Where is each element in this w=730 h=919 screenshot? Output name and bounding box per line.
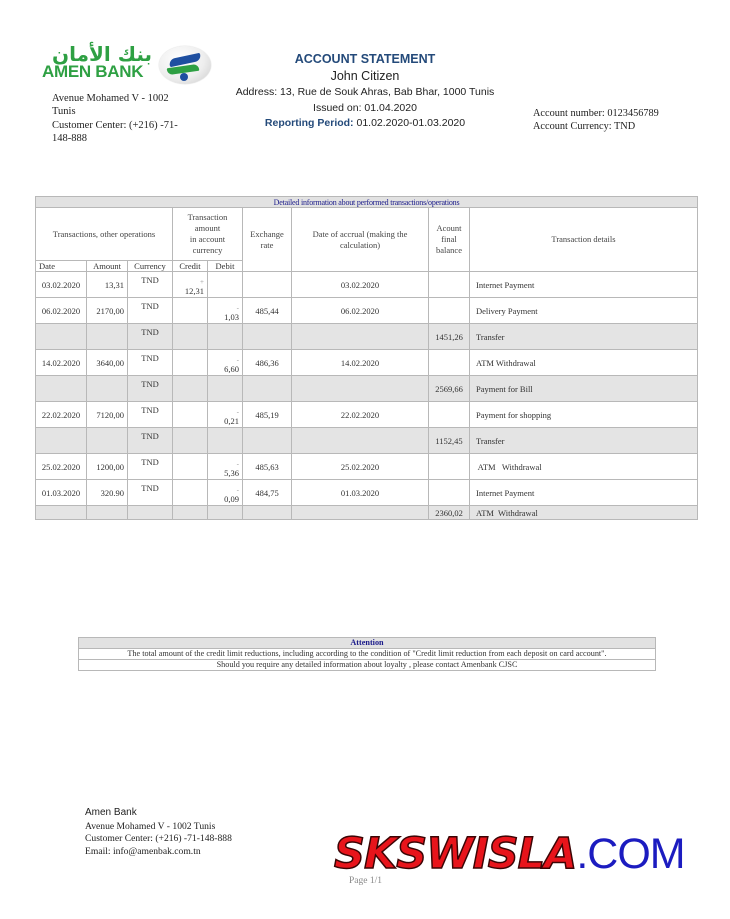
- cell-credit: [173, 298, 208, 324]
- cell-currency: TND: [128, 376, 173, 402]
- cell-accrual-date: [292, 428, 429, 454]
- cell-balance: [429, 298, 470, 324]
- header-text: amount: [176, 223, 239, 234]
- cell-credit: [173, 506, 208, 520]
- cell-date: [36, 324, 87, 350]
- cell-details: Internet Payment: [470, 272, 698, 298]
- footer-contact: Amen Bank Avenue Mohamed V - 1002 Tunis …: [85, 807, 232, 858]
- cell-currency: [128, 506, 173, 520]
- cell-exchange-rate: 485,19: [243, 402, 292, 428]
- customer-name: John Citizen: [230, 67, 500, 85]
- cell-currency: TND: [128, 428, 173, 454]
- cell-details: ATM Withdrawal: [470, 506, 698, 520]
- header-text: Acount: [432, 223, 466, 234]
- debit-sign: -: [211, 356, 239, 364]
- reporting-period-value: 01.02.2020-01.03.2020: [356, 117, 465, 129]
- cell-debit: -1,03: [208, 298, 243, 324]
- table-row: 06.02.20202170,00TND-1,03485,4406.02.202…: [36, 298, 698, 324]
- table-row: 22.02.20207120,00TND-0,21485,1922.02.202…: [36, 402, 698, 428]
- bank-address-line: 148-888: [52, 132, 187, 145]
- header-text: currency: [176, 245, 239, 256]
- table-row: 2360,02ATM Withdrawal: [36, 506, 698, 520]
- cell-currency: TND: [128, 480, 173, 506]
- bank-address-line: Avenue Mohamed V - 1002: [52, 92, 187, 105]
- footer-email: Email: info@amenbak.com.tn: [85, 846, 232, 859]
- cell-currency: TND: [128, 324, 173, 350]
- header-text: Transaction: [176, 212, 239, 223]
- cell-credit: [173, 350, 208, 376]
- cell-credit: [173, 480, 208, 506]
- account-currency: Account Currency: TND: [533, 120, 659, 133]
- cell-date: [36, 506, 87, 520]
- cell-credit: [173, 428, 208, 454]
- header-text: Date of accrual (making the: [295, 229, 425, 240]
- cell-amount: [87, 324, 128, 350]
- cell-details: ATM Withdrawal: [470, 350, 698, 376]
- table-row: 25.02.20201200,00TND-5,36485,6325.02.202…: [36, 454, 698, 480]
- watermark: SKSWISLA.COM: [334, 828, 685, 880]
- attention-title: Attention: [79, 638, 656, 649]
- header-transactions: Transactions, other operations: [36, 208, 173, 261]
- cell-balance: [429, 480, 470, 506]
- cell-date: 01.03.2020: [36, 480, 87, 506]
- credit-value: 12,31: [185, 286, 204, 296]
- header-currency: Currency: [128, 261, 173, 272]
- watermark-domain: .COM: [576, 830, 684, 878]
- cell-date: [36, 376, 87, 402]
- cell-debit: -6,60: [208, 350, 243, 376]
- cell-amount: 2170,00: [87, 298, 128, 324]
- table-row: TND2569,66Payment for Bill: [36, 376, 698, 402]
- table-row: TND1451,26Transfer: [36, 324, 698, 350]
- cell-date: 03.02.2020: [36, 272, 87, 298]
- debit-value: 6,60: [224, 364, 239, 374]
- cell-accrual-date: 06.02.2020: [292, 298, 429, 324]
- cell-accrual-date: 03.02.2020: [292, 272, 429, 298]
- cell-exchange-rate: 486,36: [243, 350, 292, 376]
- cell-currency: TND: [128, 402, 173, 428]
- cell-details: ATM Withdrawal: [470, 454, 698, 480]
- cell-accrual-date: 01.03.2020: [292, 480, 429, 506]
- cell-exchange-rate: [243, 428, 292, 454]
- header-balance: Acount final balance: [429, 208, 470, 272]
- cell-amount: [87, 376, 128, 402]
- cell-debit: [208, 272, 243, 298]
- statement-header: ACCOUNT STATEMENT John Citizen Address: …: [230, 52, 500, 132]
- header-accrual: Date of accrual (making the calculation): [292, 208, 429, 272]
- table-caption-row: Detailed information about performed tra…: [36, 197, 698, 208]
- cell-debit: [208, 506, 243, 520]
- cell-details: Payment for shopping: [470, 402, 698, 428]
- footer-bank-name: Amen Bank: [85, 807, 232, 820]
- account-info: Account number: 0123456789 Account Curre…: [533, 107, 659, 133]
- debit-sign: -: [211, 304, 239, 312]
- cell-accrual-date: [292, 324, 429, 350]
- footer-address: Avenue Mohamed V - 1002 Tunis: [85, 821, 232, 834]
- cell-details: Payment for Bill: [470, 376, 698, 402]
- footer-phone: Customer Center: (+216) -71-148-888: [85, 833, 232, 846]
- cell-balance: [429, 272, 470, 298]
- cell-debit: [208, 428, 243, 454]
- cell-accrual-date: [292, 506, 429, 520]
- debit-sign: -: [211, 408, 239, 416]
- header-details: Transaction details: [470, 208, 698, 272]
- debit-value: 0,21: [224, 416, 239, 426]
- cell-amount: 3640,00: [87, 350, 128, 376]
- bank-emblem-icon: [159, 46, 211, 84]
- debit-sign: -: [211, 486, 239, 494]
- amen-bank-logo: بنك الأمان AMEN BANK: [40, 44, 215, 84]
- debit-sign: -: [211, 460, 239, 468]
- reporting-period-label: Reporting Period:: [265, 117, 354, 129]
- cell-credit: [173, 402, 208, 428]
- cell-balance: 2569,66: [429, 376, 470, 402]
- cell-details: Delivery Payment: [470, 298, 698, 324]
- attention-line-1: The total amount of the credit limit red…: [79, 649, 656, 660]
- cell-accrual-date: 25.02.2020: [292, 454, 429, 480]
- header-text: calculation): [295, 240, 425, 251]
- attention-line-2: Should you require any detailed informat…: [79, 660, 656, 671]
- cell-date: 25.02.2020: [36, 454, 87, 480]
- cell-debit: -0,09: [208, 480, 243, 506]
- header-amount: Amount: [87, 261, 128, 272]
- cell-amount: [87, 428, 128, 454]
- issued-on: Issued on: 01.04.2020: [230, 101, 500, 117]
- cell-details: Transfer: [470, 324, 698, 350]
- cell-exchange-rate: [243, 376, 292, 402]
- customer-address: Address: 13, Rue de Souk Ahras, Bab Bhar…: [230, 85, 500, 101]
- cell-balance: [429, 402, 470, 428]
- page-number: Page 1/1: [349, 876, 382, 886]
- account-number: Account number: 0123456789: [533, 107, 659, 120]
- credit-sign: +: [176, 278, 204, 286]
- debit-value: 1,03: [224, 312, 239, 322]
- cell-currency: TND: [128, 298, 173, 324]
- transactions-table: Detailed information about performed tra…: [35, 196, 698, 520]
- cell-debit: -5,36: [208, 454, 243, 480]
- header-text: final: [432, 234, 466, 245]
- table-header-row: Transactions, other operations Transacti…: [36, 208, 698, 261]
- header-text: rate: [246, 240, 288, 251]
- cell-currency: TND: [128, 350, 173, 376]
- cell-accrual-date: 14.02.2020: [292, 350, 429, 376]
- bank-address-line: Customer Center: (+216) -71-: [52, 119, 187, 132]
- cell-accrual-date: [292, 376, 429, 402]
- cell-exchange-rate: 485,63: [243, 454, 292, 480]
- debit-value: 5,36: [224, 468, 239, 478]
- header-text: balance: [432, 245, 466, 256]
- cell-credit: [173, 376, 208, 402]
- cell-details: Internet Payment: [470, 480, 698, 506]
- cell-amount: 7120,00: [87, 402, 128, 428]
- debit-value: 0,09: [224, 494, 239, 504]
- watermark-name: SKSWISLA: [334, 829, 576, 879]
- header-amount-in-currency: Transaction amount in account currency: [173, 208, 243, 261]
- table-row: 14.02.20203640,00TND-6,60486,3614.02.202…: [36, 350, 698, 376]
- header-date: Date: [36, 261, 87, 272]
- cell-details: Transfer: [470, 428, 698, 454]
- cell-balance: [429, 350, 470, 376]
- header-debit: Debit: [208, 261, 243, 272]
- cell-balance: 1451,26: [429, 324, 470, 350]
- cell-amount: [87, 506, 128, 520]
- header-exchange-rate: Exchange rate: [243, 208, 292, 272]
- cell-credit: [173, 454, 208, 480]
- attention-box: Attention The total amount of the credit…: [78, 637, 656, 671]
- header-text: Exchange: [246, 229, 288, 240]
- cell-credit: [173, 324, 208, 350]
- table-row: 01.03.2020320.90TND-0,09484,7501.03.2020…: [36, 480, 698, 506]
- logo-text: AMEN BANK: [42, 62, 143, 82]
- cell-balance: 1152,45: [429, 428, 470, 454]
- cell-exchange-rate: [243, 272, 292, 298]
- cell-amount: 13,31: [87, 272, 128, 298]
- bank-address-line: Tunis: [52, 105, 187, 118]
- cell-debit: -0,21: [208, 402, 243, 428]
- cell-debit: [208, 324, 243, 350]
- cell-accrual-date: 22.02.2020: [292, 402, 429, 428]
- cell-date: 06.02.2020: [36, 298, 87, 324]
- cell-date: 22.02.2020: [36, 402, 87, 428]
- header-text: in account: [176, 234, 239, 245]
- cell-exchange-rate: 485,44: [243, 298, 292, 324]
- header-credit: Credit: [173, 261, 208, 272]
- statement-title: ACCOUNT STATEMENT: [230, 52, 500, 67]
- cell-currency: TND: [128, 454, 173, 480]
- cell-exchange-rate: [243, 324, 292, 350]
- cell-amount: 320.90: [87, 480, 128, 506]
- cell-exchange-rate: [243, 506, 292, 520]
- cell-balance: [429, 454, 470, 480]
- cell-currency: TND: [128, 272, 173, 298]
- bank-address: Avenue Mohamed V - 1002 Tunis Customer C…: [52, 92, 187, 145]
- cell-amount: 1200,00: [87, 454, 128, 480]
- cell-credit: +12,31: [173, 272, 208, 298]
- cell-date: 14.02.2020: [36, 350, 87, 376]
- cell-date: [36, 428, 87, 454]
- cell-exchange-rate: 484,75: [243, 480, 292, 506]
- cell-debit: [208, 376, 243, 402]
- table-row: 03.02.202013,31TND+12,3103.02.2020Intern…: [36, 272, 698, 298]
- cell-balance: 2360,02: [429, 506, 470, 520]
- reporting-period: Reporting Period: 01.02.2020-01.03.2020: [230, 116, 500, 132]
- table-row: TND1152,45Transfer: [36, 428, 698, 454]
- table-caption: Detailed information about performed tra…: [36, 197, 698, 208]
